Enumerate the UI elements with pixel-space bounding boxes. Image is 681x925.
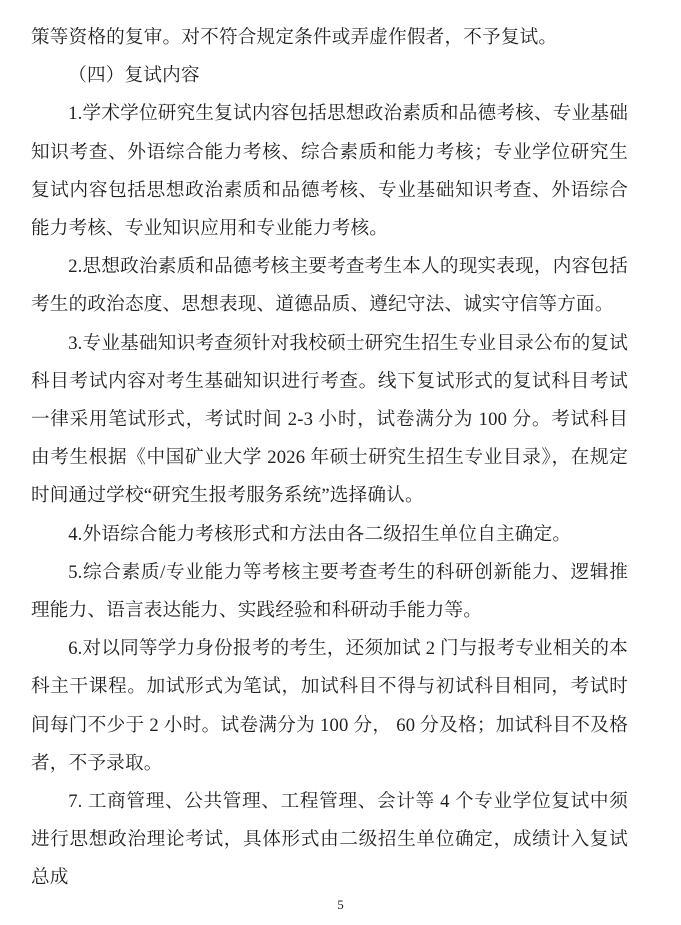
continuation-paragraph: 策等资格的复审。对不符合规定条件或弄虚作假者，不予复试。 xyxy=(31,19,628,57)
page-number: 5 xyxy=(0,897,681,913)
numbered-paragraph-3: 3.专业基础知识考查须针对我校硕士研究生招生专业目录公布的复试科目考试内容对考生… xyxy=(31,325,628,516)
numbered-paragraph-7: 7. 工商管理、公共管理、工程管理、会计等 4 个专业学位复试中须进行思想政治理… xyxy=(31,783,628,898)
document-page: 策等资格的复审。对不符合规定条件或弄虚作假者，不予复试。 （四）复试内容 1.学… xyxy=(0,0,681,925)
numbered-paragraph-2: 2.思想政治素质和品德考核主要考查考生本人的现实表现，内容包括考生的政治态度、思… xyxy=(31,248,628,324)
numbered-paragraph-1: 1.学术学位研究生复试内容包括思想政治素质和品德考核、专业基础知识考查、外语综合… xyxy=(31,95,628,248)
numbered-paragraph-5: 5.综合素质/专业能力等考核主要考查考生的科研创新能力、逻辑推理能力、语言表达能… xyxy=(31,554,628,630)
section-heading: （四）复试内容 xyxy=(31,57,628,95)
document-body: 策等资格的复审。对不符合规定条件或弄虚作假者，不予复试。 （四）复试内容 1.学… xyxy=(31,19,628,898)
numbered-paragraph-6: 6.对以同等学力身份报考的考生，还须加试 2 门与报考专业相关的本科主干课程。加… xyxy=(31,630,628,783)
numbered-paragraph-4: 4.外语综合能力考核形式和方法由各二级招生单位自主确定。 xyxy=(31,516,628,554)
